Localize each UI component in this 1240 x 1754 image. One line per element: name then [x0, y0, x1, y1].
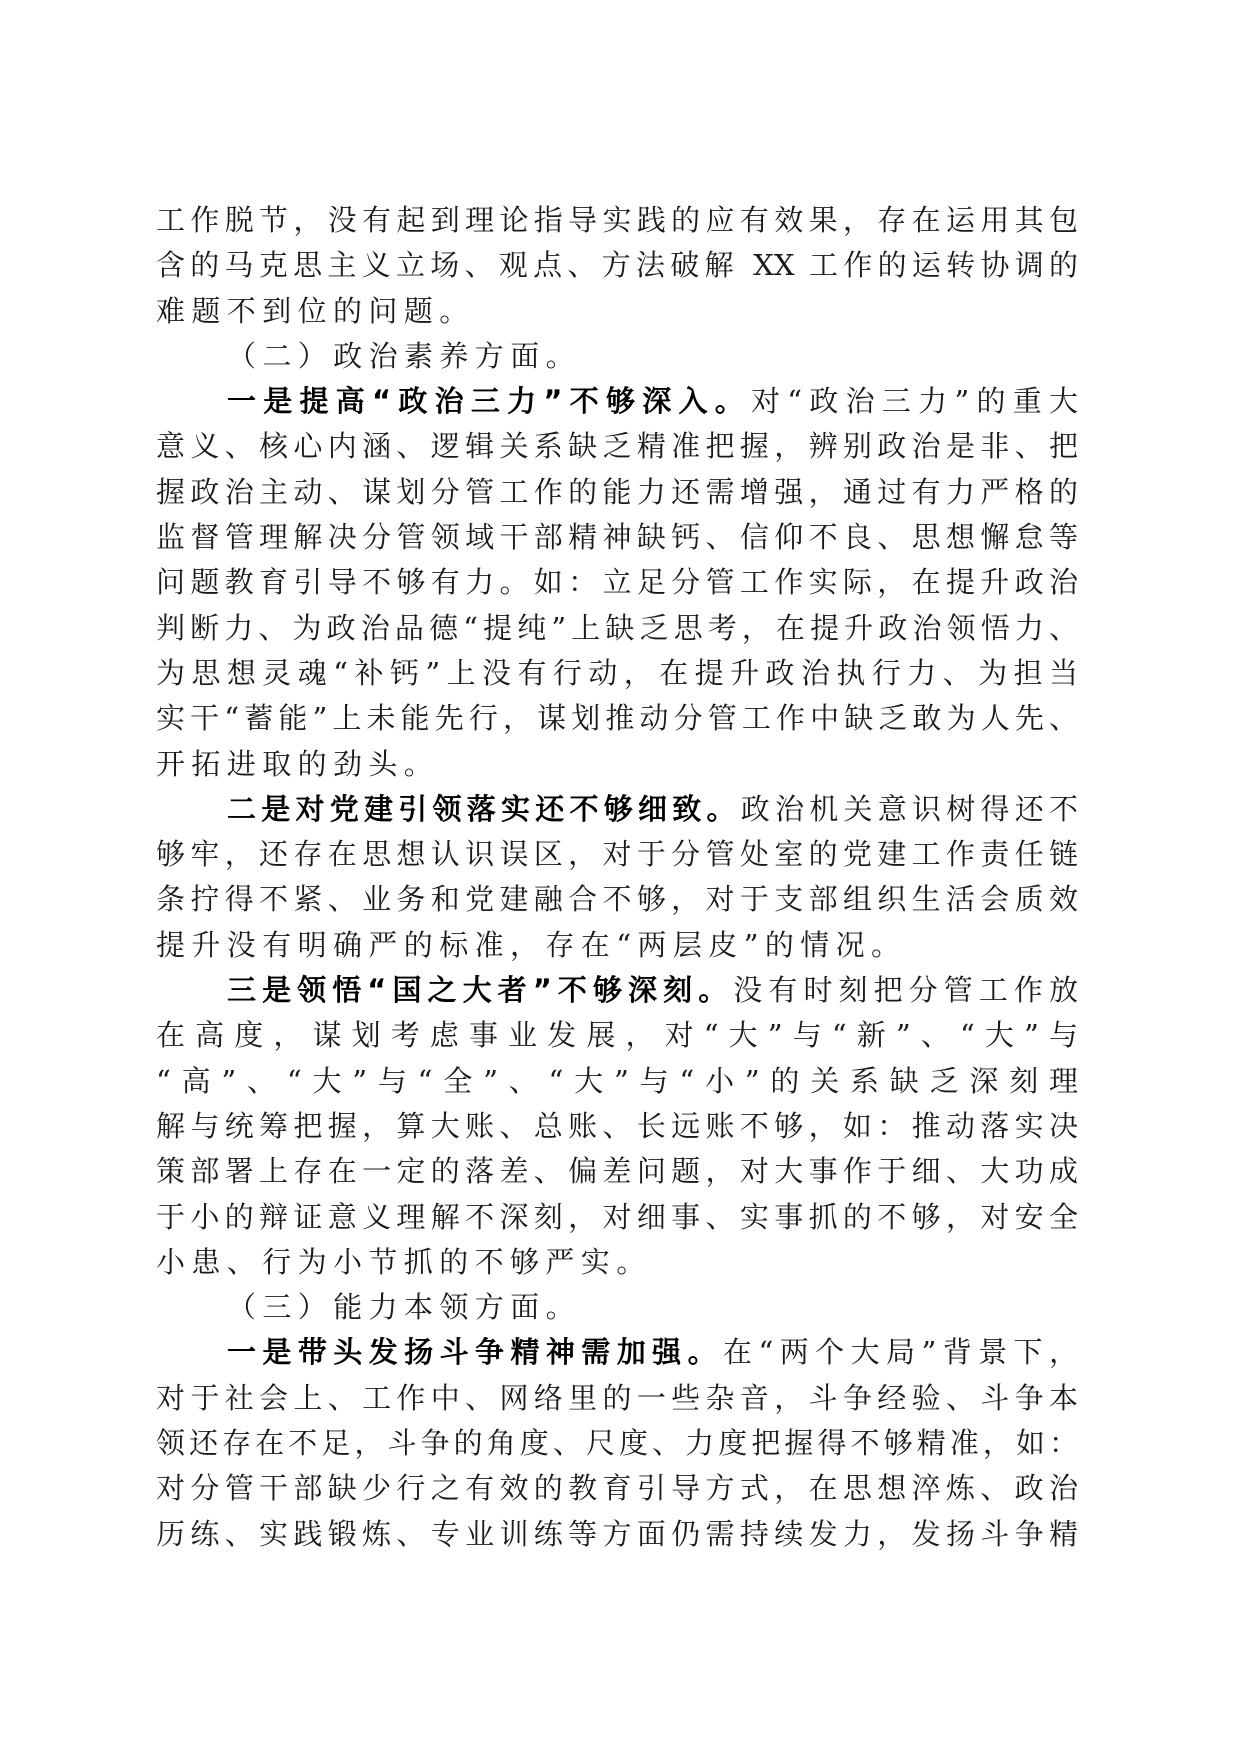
bold-lead: 三是领悟“国之大者”不够深刻。 — [227, 973, 733, 1007]
line-text: 开拓进取的劲头。 — [156, 747, 439, 781]
line-text: 够牢，还存在思想认识误区，对于分管处室的党建工作责任链 — [156, 837, 1078, 871]
section-heading: （二）政治素养方面。 — [156, 334, 1086, 379]
text-line: 小患、行为小节抓的不够严实。 — [156, 1240, 1086, 1285]
line-text: 为思想灵魂“补钙”上没有行动，在提升政治执行力、为担当 — [156, 656, 1078, 690]
text-line: 为思想灵魂“补钙”上没有行动，在提升政治执行力、为担当 — [156, 651, 1078, 696]
text-line: 含的马克思主义立场、观点、方法破解 XX 工作的运转协调的 — [156, 243, 1078, 288]
document-body: 工作脱节，没有起到理论指导实践的应有效果，存在运用其包 含的马克思主义立场、观点… — [156, 198, 1086, 1557]
line-text: 意义、核心内涵、逻辑关系缺乏精准把握，辨别政治是非、把 — [156, 429, 1078, 463]
line-text: 实干“蓄能”上未能先行，谋划推动分管工作中缺乏敢为人先、 — [156, 701, 1078, 735]
text-line: 难题不到位的问题。 — [156, 289, 1086, 334]
line-text: 含的马克思主义立场、观点、方法破解 XX 工作的运转协调的 — [156, 248, 1078, 282]
line-text: 难题不到位的问题。 — [156, 294, 475, 328]
line-text: 政治机关意识树得还不 — [741, 792, 1078, 826]
line-text: 提升没有明确严的标准，存在“两层皮”的情况。 — [156, 928, 906, 962]
line-text: 在高度，谋划考虑事业发展，对“大”与“新”、“大”与 — [156, 1018, 1078, 1052]
text-line: 对于社会上、工作中、网络里的一些杂音，斗争经验、斗争本 — [156, 1376, 1078, 1421]
line-text: 监督管理解决分管领域干部精神缺钙、信仰不良、思想懈怠等 — [156, 520, 1078, 554]
line-text: “高”、“大”与“全”、“大”与“小”的关系缺乏深刻理 — [156, 1064, 1078, 1098]
paragraph-lead-line: 三是领悟“国之大者”不够深刻。没有时刻把分管工作放 — [156, 968, 1078, 1013]
text-line: 开拓进取的劲头。 — [156, 742, 1086, 787]
text-line: 够牢，还存在思想认识误区，对于分管处室的党建工作责任链 — [156, 832, 1078, 877]
text-line: 判断力、为政治品德“提纯”上缺乏思考，在提升政治领悟力、 — [156, 606, 1078, 651]
line-text: 对“政治三力”的重大 — [751, 384, 1078, 418]
text-line: 问题教育引导不够有力。如：立足分管工作实际，在提升政治 — [156, 560, 1078, 605]
heading-text: （三）能力本领方面。 — [227, 1290, 581, 1324]
paragraph-lead-line: 二是对党建引领落实还不够细致。政治机关意识树得还不 — [156, 787, 1078, 832]
line-text: 领还存在不足，斗争的角度、尺度、力度把握得不够精准，如： — [156, 1426, 1078, 1460]
text-line: 策部署上存在一定的落差、偏差问题，对大事作于细、大功成 — [156, 1149, 1078, 1194]
text-line: 监督管理解决分管领域干部精神缺钙、信仰不良、思想懈怠等 — [156, 515, 1078, 560]
section-heading: （三）能力本领方面。 — [156, 1285, 1086, 1330]
text-line: 于小的辩证意义理解不深刻，对细事、实事抓的不够，对安全 — [156, 1195, 1078, 1240]
line-text: 条拧得不紧、业务和党建融合不够，对于支部组织生活会质效 — [156, 882, 1078, 916]
text-line: 解与统筹把握，算大账、总账、长远账不够，如：推动落实决 — [156, 1104, 1078, 1149]
bold-lead: 一是带头发扬斗争精神需加强。 — [227, 1335, 723, 1369]
line-text: 小患、行为小节抓的不够严实。 — [156, 1245, 652, 1279]
document-page: 工作脱节，没有起到理论指导实践的应有效果，存在运用其包 含的马克思主义立场、观点… — [0, 0, 1240, 1754]
line-text: 于小的辩证意义理解不深刻，对细事、实事抓的不够，对安全 — [156, 1200, 1078, 1234]
text-line: 工作脱节，没有起到理论指导实践的应有效果，存在运用其包 — [156, 198, 1078, 243]
text-line: 对分管干部缺少行之有效的教育引导方式，在思想淬炼、政治 — [156, 1466, 1078, 1511]
line-text: 判断力、为政治品德“提纯”上缺乏思考，在提升政治领悟力、 — [156, 611, 1078, 645]
heading-text: （二）政治素养方面。 — [227, 339, 581, 373]
line-text: 历练、实践锻炼、专业训练等方面仍需持续发力，发扬斗争精 — [156, 1517, 1078, 1551]
text-line: 实干“蓄能”上未能先行，谋划推动分管工作中缺乏敢为人先、 — [156, 696, 1078, 741]
text-line: 在高度，谋划考虑事业发展，对“大”与“新”、“大”与 — [156, 1013, 1078, 1058]
line-text: 对于社会上、工作中、网络里的一些杂音，斗争经验、斗争本 — [156, 1381, 1078, 1415]
bold-lead: 二是对党建引领落实还不够细致。 — [227, 792, 741, 826]
line-text: 在“两个大局”背景下， — [723, 1335, 1078, 1369]
line-text: 解与统筹把握，算大账、总账、长远账不够，如：推动落实决 — [156, 1109, 1078, 1143]
text-line: 提升没有明确严的标准，存在“两层皮”的情况。 — [156, 923, 1086, 968]
line-text: 工作脱节，没有起到理论指导实践的应有效果，存在运用其包 — [156, 203, 1078, 237]
line-text: 策部署上存在一定的落差、偏差问题，对大事作于细、大功成 — [156, 1154, 1078, 1188]
line-text: 对分管干部缺少行之有效的教育引导方式，在思想淬炼、政治 — [156, 1471, 1078, 1505]
paragraph-lead-line: 一是带头发扬斗争精神需加强。在“两个大局”背景下， — [156, 1330, 1078, 1375]
text-line: “高”、“大”与“全”、“大”与“小”的关系缺乏深刻理 — [156, 1059, 1078, 1104]
line-text: 问题教育引导不够有力。如：立足分管工作实际，在提升政治 — [156, 565, 1078, 599]
line-text: 握政治主动、谋划分管工作的能力还需增强，通过有力严格的 — [156, 475, 1078, 509]
paragraph-lead-line: 一是提高“政治三力”不够深入。对“政治三力”的重大 — [156, 379, 1078, 424]
bold-lead: 一是提高“政治三力”不够深入。 — [227, 384, 751, 418]
text-line: 历练、实践锻炼、专业训练等方面仍需持续发力，发扬斗争精 — [156, 1512, 1078, 1557]
text-line: 握政治主动、谋划分管工作的能力还需增强，通过有力严格的 — [156, 470, 1078, 515]
text-line: 领还存在不足，斗争的角度、尺度、力度把握得不够精准，如： — [156, 1421, 1078, 1466]
text-line: 意义、核心内涵、逻辑关系缺乏精准把握，辨别政治是非、把 — [156, 424, 1078, 469]
text-line: 条拧得不紧、业务和党建融合不够，对于支部组织生活会质效 — [156, 877, 1078, 922]
line-text: 没有时刻把分管工作放 — [733, 973, 1078, 1007]
